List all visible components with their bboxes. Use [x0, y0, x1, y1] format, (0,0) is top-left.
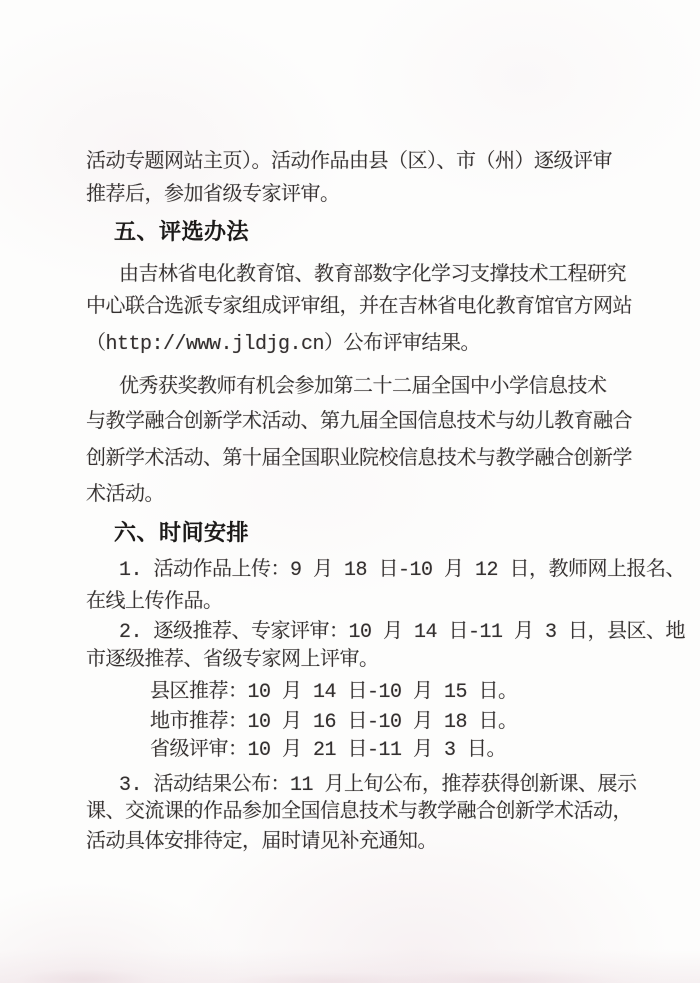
body-text-line: 课、交流课的作品参加全国信息技术与教学融合创新学术活动， — [86, 800, 632, 826]
schedule-subitem-city: 地市推荐：10 月 16 日-10 月 18 日。 — [150, 710, 518, 736]
body-text-line: 创新学术活动、第十届全国职业院校信息技术与教学融合创新学 — [86, 447, 632, 473]
body-text-line: 优秀获奖教师有机会参加第二十二届全国中小学信息技术 — [119, 375, 607, 401]
body-text-line: 中心联合选派专家组成评审组，并在吉林省电化教育馆官方网站 — [86, 295, 632, 321]
body-text-line: 在线上传作品。 — [86, 590, 223, 616]
body-text-line: 推荐后，参加省级专家评审。 — [86, 183, 340, 209]
schedule-item-results: 3. 活动结果公布：11 月上旬公布，推荐获得创新课、展示 — [119, 773, 637, 799]
section-heading-evaluation-method: 五、评选办法 — [114, 220, 249, 246]
schedule-subitem-county: 县区推荐：10 月 14 日-10 月 15 日。 — [150, 680, 518, 706]
body-text-line: 活动专题网站主页）。活动作品由县（区）、市（州）逐级评审 — [86, 150, 612, 176]
document-page: 活动专题网站主页）。活动作品由县（区）、市（州）逐级评审 推荐后，参加省级专家评… — [0, 0, 700, 983]
body-text-line-with-url: （http://www.jldjg.cn）公布评审结果。 — [86, 332, 480, 358]
section-heading-schedule: 六、时间安排 — [114, 521, 249, 547]
body-text-line: 术活动。 — [86, 483, 164, 509]
body-text-line: 由吉林省电化教育馆、教育部数字化学习支撑技术工程研究 — [119, 263, 626, 289]
schedule-subitem-province: 省级评审：10 月 21 日-11 月 3 日。 — [150, 738, 506, 764]
body-text-line: 与教学融合创新学术活动、第九届全国信息技术与幼儿教育融合 — [86, 410, 632, 436]
schedule-item-upload: 1. 活动作品上传：9 月 18 日-10 月 12 日，教师网上报名、 — [119, 558, 685, 584]
schedule-item-review: 2. 逐级推荐、专家评审：10 月 14 日-11 月 3 日，县区、地 — [119, 620, 685, 646]
body-text-line: 活动具体安排待定，届时请见补充通知。 — [86, 830, 437, 856]
body-text-line: 市逐级推荐、省级专家网上评审。 — [86, 648, 379, 674]
